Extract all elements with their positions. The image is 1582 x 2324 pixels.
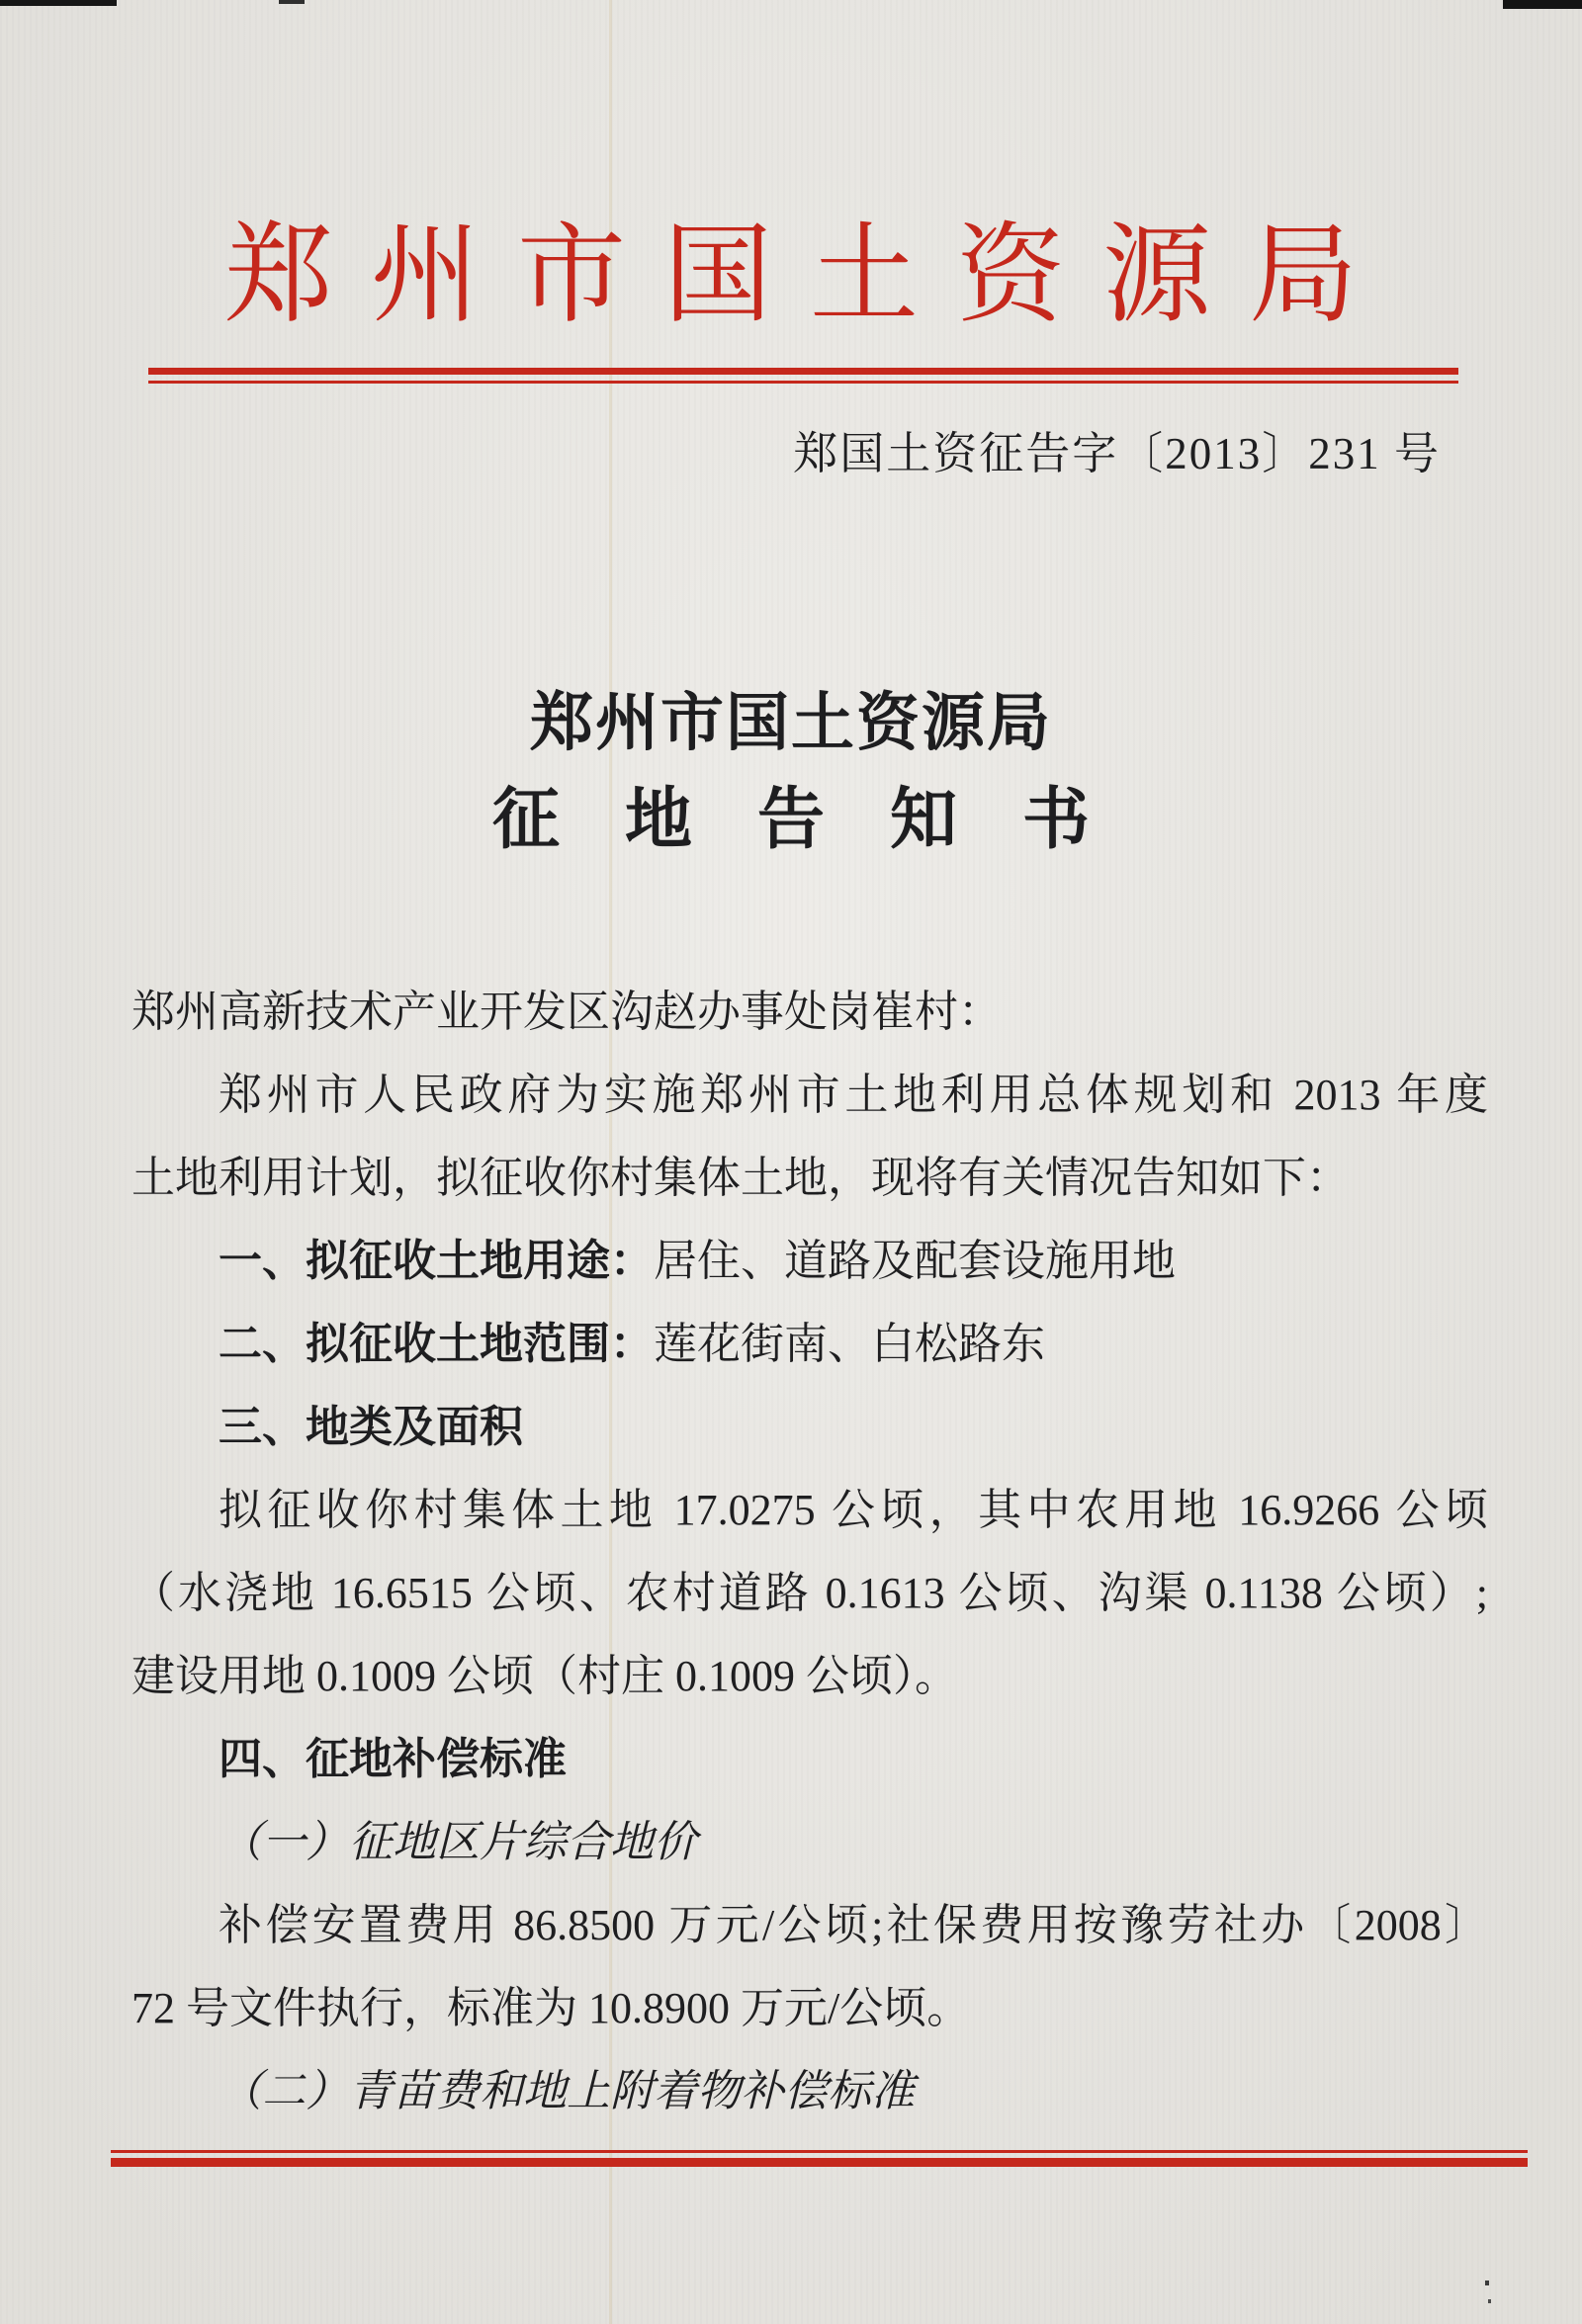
line-text: （一）征地区片综合地价 — [219, 1818, 697, 1866]
line-text: 72 号文件执行，标准为 10.8900 万元/公顷。 — [132, 1984, 970, 2032]
line-text: 居住、道路及配套设施用地 — [654, 1237, 1176, 1285]
line-text: 莲花街南、白松路东 — [654, 1320, 1045, 1368]
body-line-section-4: 四、征地补偿标准 — [132, 1718, 1488, 1801]
document-title-agency: 郑州市国土资源局 — [0, 684, 1582, 763]
separator-thick-line — [111, 2158, 1528, 2167]
line-text: （水浇地 16.6515 公顷、农村道路 0.1613 公顷、沟渠 0.1138… — [132, 1569, 1488, 1617]
body-line: （水浇地 16.6515 公顷、农村道路 0.1613 公顷、沟渠 0.1138… — [132, 1552, 1488, 1635]
body-line-subsection-2: （二）青苗费和地上附着物补偿标准 — [132, 2050, 1488, 2133]
body-line-section-3: 三、地类及面积 — [132, 1386, 1488, 1469]
body-line: 拟征收你村集体土地 17.0275 公顷，其中农用地 16.9266 公顷 — [132, 1469, 1488, 1552]
line-text: 建设用地 0.1009 公顷（村庄 0.1009 公顷）。 — [132, 1652, 958, 1700]
scan-speck — [1488, 2299, 1491, 2303]
document-title-notice: 征地告知书 — [0, 777, 1582, 862]
line-text: （二）青苗费和地上附着物补偿标准 — [219, 2067, 915, 2115]
line-text: 土地利用计划，拟征收你村集体土地，现将有关情况告知如下： — [132, 1154, 1350, 1202]
body-line-subsection-1: （一）征地区片综合地价 — [132, 1801, 1488, 1884]
scan-speck — [1485, 2281, 1489, 2285]
letterhead-separator — [148, 368, 1458, 384]
line-text: 郑州高新技术产业开发区沟赵办事处岗崔村： — [132, 988, 1002, 1036]
body-line-section-2: 二、拟征收土地范围：莲花街南、白松路东 — [132, 1303, 1488, 1386]
body-line: 建设用地 0.1009 公顷（村庄 0.1009 公顷）。 — [132, 1635, 1488, 1718]
scan-edge-artifact — [279, 0, 305, 4]
body-line: 72 号文件执行，标准为 10.8900 万元/公顷。 — [132, 1967, 1488, 2050]
document-number: 郑国土资征告字〔2013〕231 号 — [793, 426, 1441, 481]
body-line: 郑州市人民政府为实施郑州市土地利用总体规划和 2013 年度 — [132, 1054, 1488, 1137]
separator-thin-line — [111, 2150, 1528, 2153]
agency-letterhead: 郑州市国土资源局 — [0, 212, 1582, 340]
footer-separator — [111, 2150, 1528, 2167]
document-page: 郑州市国土资源局 郑国土资征告字〔2013〕231 号 郑州市国土资源局 征地告… — [0, 0, 1582, 2324]
agency-letterhead-text: 郑州市国土资源局 — [187, 215, 1395, 336]
body-line-salutation: 郑州高新技术产业开发区沟赵办事处岗崔村： — [132, 971, 1488, 1054]
line-text: 拟征收你村集体土地 17.0275 公顷，其中农用地 16.9266 公顷 — [219, 1486, 1488, 1534]
document-title-notice-text: 征地告知书 — [427, 782, 1155, 857]
line-text: 补偿安置费用 86.8500 万元/公顷;社保费用按豫劳社办〔2008〕 — [219, 1901, 1488, 1949]
separator-thick-line — [148, 368, 1458, 375]
body-line: 补偿安置费用 86.8500 万元/公顷;社保费用按豫劳社办〔2008〕 — [132, 1884, 1488, 1967]
line-text: 郑州市人民政府为实施郑州市土地利用总体规划和 2013 年度 — [219, 1071, 1488, 1119]
separator-thin-line — [148, 381, 1458, 384]
body-line: 土地利用计划，拟征收你村集体土地，现将有关情况告知如下： — [132, 1137, 1488, 1220]
scan-edge-artifact — [1503, 0, 1582, 9]
scan-edge-artifact — [0, 0, 117, 6]
document-body: 郑州高新技术产业开发区沟赵办事处岗崔村： 郑州市人民政府为实施郑州市土地利用总体… — [132, 971, 1488, 2133]
body-line-section-1: 一、拟征收土地用途：居住、道路及配套设施用地 — [132, 1220, 1488, 1303]
